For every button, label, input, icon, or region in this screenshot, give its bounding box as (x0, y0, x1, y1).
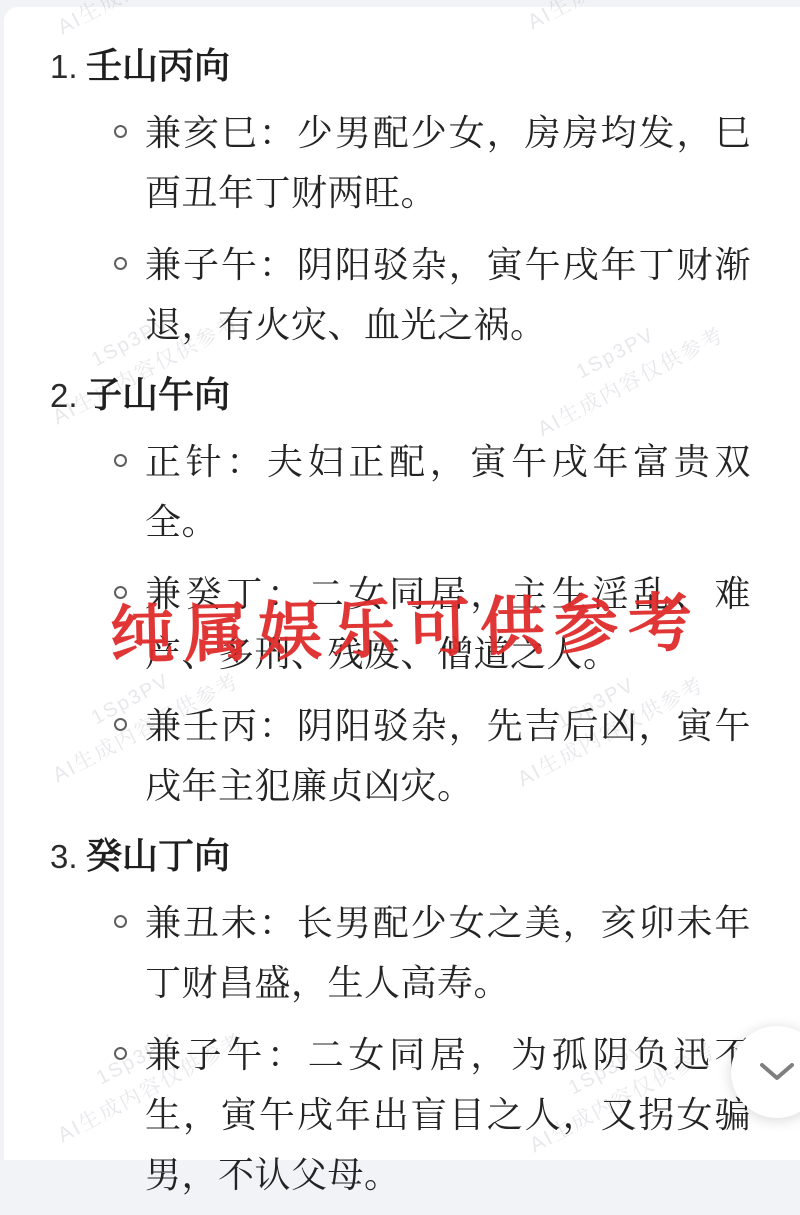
chevron-down-icon (759, 1062, 795, 1082)
section-heading: 2.子山午向 (50, 369, 760, 422)
section-title: 子山午向 (86, 374, 230, 415)
bullet-item: 兼癸丁：二女同居，主生淫乱、难产、多刑、残废、僧道之人。 (145, 564, 751, 684)
bullet-item: 兼子午：阴阳驳杂，寅午戌年丁财渐退，有火灾、血光之祸。 (145, 235, 751, 355)
bullet-item: 兼亥巳：少男配少女，房房均发，巳酉丑年丁财两旺。 (145, 103, 751, 223)
section-title: 癸山丁向 (86, 835, 230, 876)
section-title: 壬山丙向 (86, 45, 230, 86)
bullet-list: 正针：夫妇正配，寅午戌年富贵双全。兼癸丁：二女同居，主生淫乱、难产、多刑、残废、… (50, 432, 760, 816)
section-number: 2. (50, 370, 86, 422)
bullet-item: 兼子午：二女同居，为孤阴负迅不生，寅午戌年出盲目之人，又拐女骗男，不认父母。 (145, 1025, 751, 1160)
content-card: 1Sp3PVAI生成内容仅供参考 1Sp3PVAI生成内容仅供参考 1Sp3PV… (4, 7, 800, 1160)
section-heading: 3.癸山丁向 (50, 830, 760, 883)
directions-list: 1.壬山丙向兼亥巳：少男配少女，房房均发，巳酉丑年丁财两旺。兼子午：阴阳驳杂，寅… (4, 7, 800, 1160)
bullet-item: 兼丑未：长男配少女之美，亥卯未年丁财昌盛，生人高寿。 (145, 893, 751, 1013)
section: 3.癸山丁向兼丑未：长男配少女之美，亥卯未年丁财昌盛，生人高寿。兼子午：二女同居… (50, 830, 760, 1160)
section-number: 3. (50, 831, 86, 883)
section: 2.子山午向正针：夫妇正配，寅午戌年富贵双全。兼癸丁：二女同居，主生淫乱、难产、… (50, 369, 760, 816)
section-number: 1. (50, 41, 86, 93)
section-heading: 1.壬山丙向 (50, 40, 760, 93)
bullet-list: 兼丑未：长男配少女之美，亥卯未年丁财昌盛，生人高寿。兼子午：二女同居，为孤阴负迅… (50, 893, 760, 1160)
bullet-item: 兼壬丙：阴阳驳杂，先吉后凶，寅午戌年主犯廉贞凶灾。 (145, 696, 751, 816)
section: 1.壬山丙向兼亥巳：少男配少女，房房均发，巳酉丑年丁财两旺。兼子午：阴阳驳杂，寅… (50, 40, 760, 355)
bullet-item: 正针：夫妇正配，寅午戌年富贵双全。 (145, 432, 751, 552)
bullet-list: 兼亥巳：少男配少女，房房均发，巳酉丑年丁财两旺。兼子午：阴阳驳杂，寅午戌年丁财渐… (50, 103, 760, 355)
watermark-code: 1Sp3PV (509, 0, 703, 6)
